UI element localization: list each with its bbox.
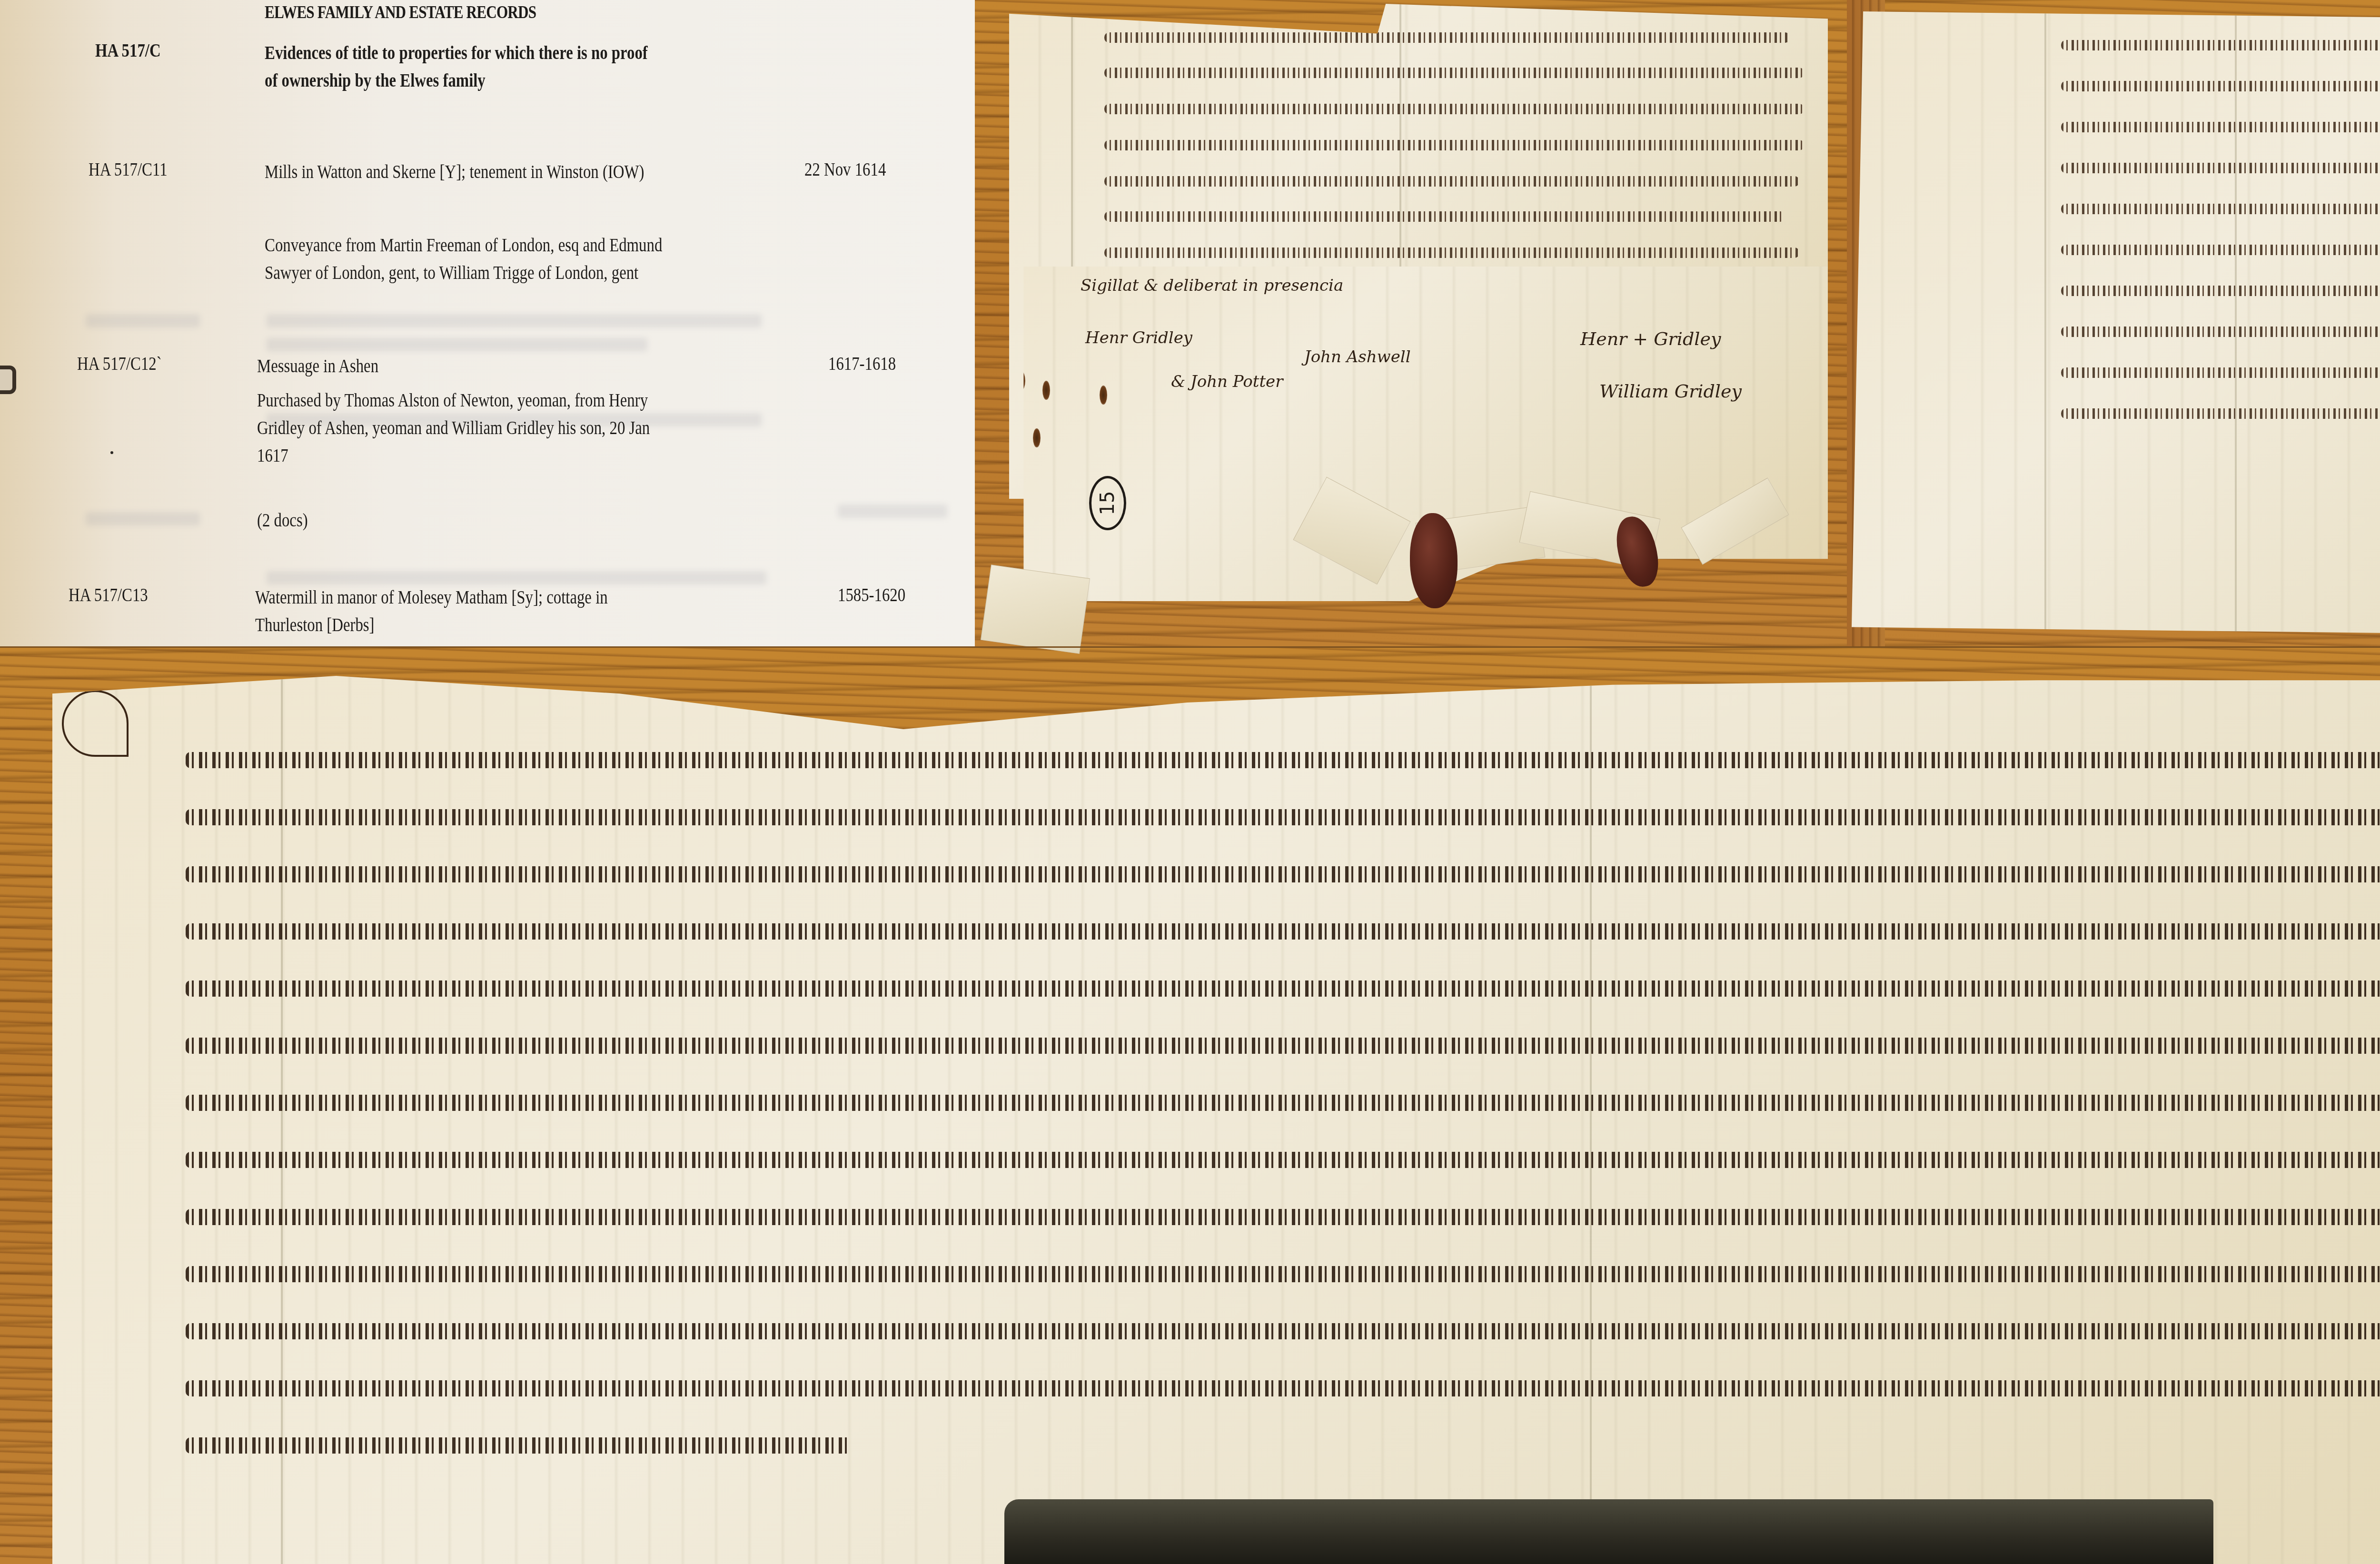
fold-line bbox=[2235, 11, 2237, 640]
handwritten-line bbox=[1104, 247, 1799, 258]
binder-hole bbox=[0, 366, 16, 394]
handwritten-line bbox=[186, 809, 2380, 825]
entry-date: 22 Nov 1614 bbox=[804, 158, 886, 180]
catalog-page: ELWES FAMILY AND ESTATE RECORDS HA 517/C… bbox=[0, 0, 975, 647]
corner-mark bbox=[62, 690, 129, 757]
worm-hole bbox=[1100, 386, 1107, 405]
condition-parchment: The condicion of the obligacion within w… bbox=[1852, 11, 2380, 640]
bleed-through-text bbox=[267, 571, 766, 584]
bleed-through-text bbox=[267, 314, 762, 327]
entry-description: Conveyance from Martin Freeman of London… bbox=[265, 231, 678, 287]
bleed-through-text bbox=[838, 505, 947, 518]
final-concord-parchment bbox=[52, 676, 2380, 1564]
bleed-through-text bbox=[267, 338, 647, 351]
handwritten-line bbox=[186, 1323, 2380, 1339]
handwritten-line bbox=[1104, 176, 1799, 187]
handwritten-line bbox=[1104, 32, 1790, 43]
signature: William Gridley bbox=[1599, 381, 1742, 402]
entry-description: Purchased by Thomas Alston of Newton, ye… bbox=[257, 386, 674, 469]
entry-date: 1585-1620 bbox=[838, 584, 905, 606]
entry-ref: HA 517/C13 bbox=[69, 584, 148, 606]
handwritten-line bbox=[2061, 408, 2380, 419]
entry-ref: HA 517/C bbox=[95, 39, 161, 61]
catalog-heading: ELWES FAMILY AND ESTATE RECORDS bbox=[265, 2, 536, 23]
handwritten-line bbox=[2061, 40, 2380, 50]
signature: Henr Gridley bbox=[1085, 328, 1192, 347]
archive-number: 15 bbox=[1097, 491, 1119, 515]
entry-note: (2 docs) bbox=[257, 506, 710, 534]
worm-hole bbox=[1033, 428, 1041, 447]
entry-title: Watermill in manor of Molesey Matham [Sy… bbox=[255, 584, 677, 639]
entry-title: Mills in Watton and Skerne [Y]; tenement… bbox=[265, 158, 678, 186]
handwritten-line bbox=[2061, 286, 2380, 296]
handwritten-line bbox=[2061, 163, 2380, 173]
document-weight bbox=[1004, 1499, 2213, 1564]
handwritten-line bbox=[186, 1380, 2380, 1396]
handwritten-line bbox=[2061, 367, 2380, 378]
signature: John Ashwell bbox=[1304, 347, 1411, 366]
handwritten-line bbox=[186, 866, 2380, 882]
handwritten-line bbox=[186, 1038, 2380, 1054]
handwritten-line bbox=[1104, 104, 1804, 114]
entry-ref: HA 517/C12` bbox=[77, 352, 162, 375]
collage-divider bbox=[0, 646, 2380, 648]
signature: & John Potter bbox=[1171, 372, 1283, 391]
handwritten-line bbox=[186, 1266, 2380, 1282]
handwritten-line bbox=[2061, 122, 2380, 132]
archive-number-circled: 15 bbox=[1089, 476, 1126, 530]
handwritten-line bbox=[186, 923, 2380, 940]
handwritten-line bbox=[1104, 211, 1785, 222]
handwritten-line bbox=[186, 1095, 2380, 1111]
signature: Henr + Gridley bbox=[1580, 328, 1721, 349]
handwritten-line bbox=[186, 980, 2380, 997]
handwritten-line bbox=[2061, 204, 2380, 214]
handwritten-line bbox=[186, 752, 2380, 768]
handwritten-line bbox=[2061, 245, 2380, 255]
handwritten-line bbox=[186, 1437, 852, 1454]
handwritten-line bbox=[1104, 68, 1804, 78]
handwritten-line bbox=[2061, 81, 2380, 91]
entry-title: Evidences of title to properties for whi… bbox=[265, 39, 659, 94]
seal-tag bbox=[981, 564, 1090, 654]
handwritten-line bbox=[2061, 327, 2380, 337]
sealing-clause: Sigillat & deliberat in presencia bbox=[1081, 276, 1343, 295]
fold-line bbox=[2044, 11, 2046, 640]
entry-title: Messuage in Ashen bbox=[257, 352, 710, 380]
entry-ref: HA 517/C11 bbox=[89, 158, 168, 180]
handwritten-line bbox=[1104, 140, 1804, 150]
wax-seal bbox=[1410, 513, 1458, 608]
stray-mark bbox=[110, 451, 113, 454]
entry-date: 1617-1618 bbox=[828, 352, 896, 375]
handwritten-line bbox=[186, 1209, 2380, 1225]
handwritten-line bbox=[186, 1152, 2380, 1168]
bleed-through-text bbox=[86, 314, 200, 327]
worm-hole bbox=[1042, 381, 1050, 400]
bleed-through-text bbox=[86, 512, 200, 525]
